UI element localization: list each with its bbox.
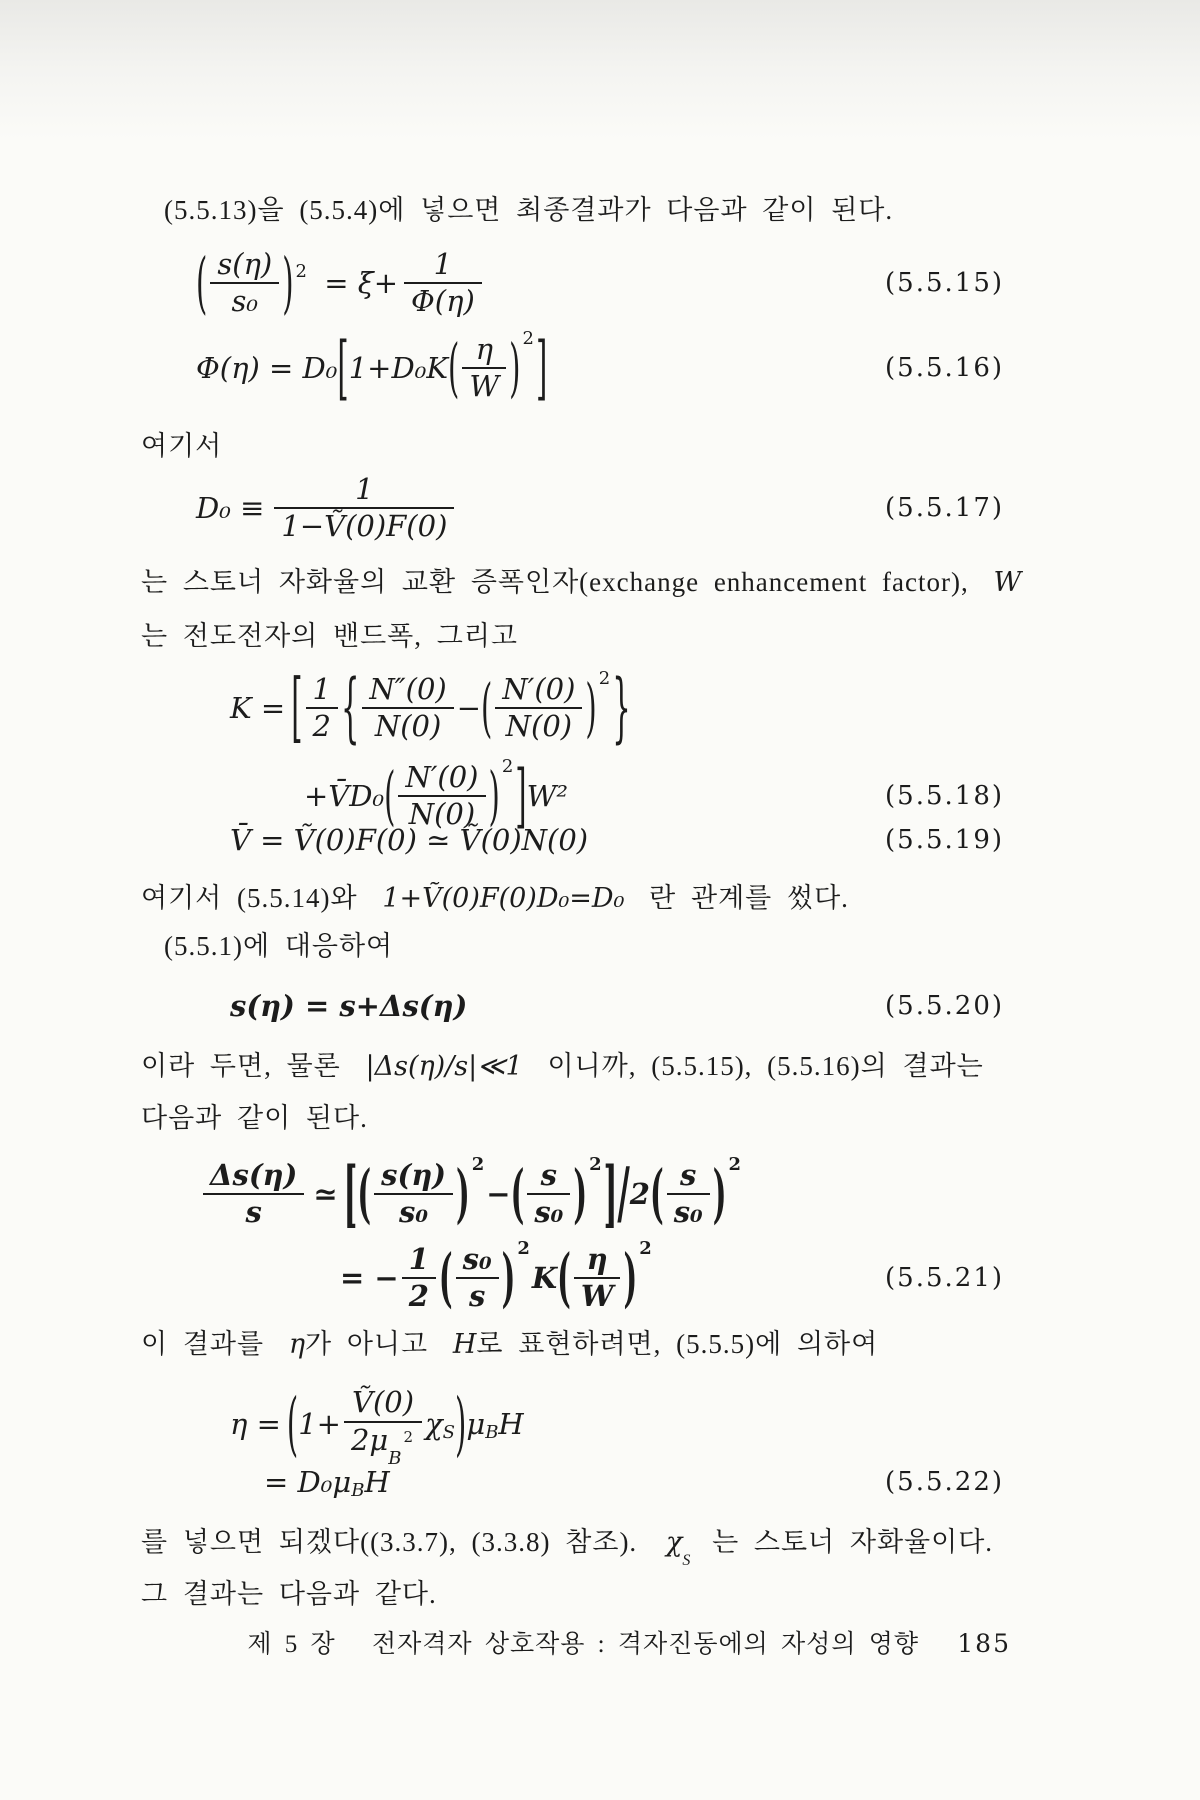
fraction-denominator: Φ(η) bbox=[404, 282, 482, 319]
subscript-B: B bbox=[351, 1480, 364, 1501]
equation-number: (5.5.21) bbox=[885, 1263, 1010, 1293]
fraction-denominator: s₀ bbox=[527, 1193, 570, 1230]
fraction-numerator: 1 bbox=[404, 247, 482, 282]
math-fraction: s₀ s bbox=[456, 1242, 499, 1315]
right-paren: ) bbox=[456, 1162, 470, 1226]
math-fraction: Ṽ(0) 2μB2 bbox=[344, 1385, 422, 1463]
math-fraction: 1 2 bbox=[402, 1242, 436, 1315]
math-run: 1+ bbox=[298, 1407, 341, 1441]
math-fraction: η W bbox=[462, 332, 506, 405]
fraction-numerator: 1 bbox=[274, 472, 454, 507]
math-run: W² bbox=[527, 779, 568, 813]
math-run: 2 bbox=[630, 1177, 650, 1211]
fraction-numerator: s bbox=[527, 1158, 570, 1193]
text-segment: 는 스토너 자화율의 교환 증폭인자(exchange enhancement … bbox=[141, 567, 969, 597]
scanned-book-page: (5.5.13)을 (5.5.4)에 넣으면 최종결과가 다음과 같이 된다. … bbox=[0, 0, 1200, 1800]
equation-number: (5.5.16) bbox=[885, 353, 1010, 383]
right-paren: ) bbox=[509, 336, 520, 400]
left-paren: ( bbox=[511, 1162, 525, 1226]
equation-number: (5.5.17) bbox=[885, 493, 1010, 523]
equation-number: (5.5.18) bbox=[885, 781, 1010, 811]
left-bracket: [ bbox=[337, 333, 348, 403]
exponent: 2 bbox=[599, 668, 610, 689]
paragraph-stoner-line2: 는 전도전자의 밴드폭, 그리고 bbox=[141, 622, 518, 650]
fraction-numerator: N″(0) bbox=[362, 672, 453, 707]
fraction-numerator: s₀ bbox=[456, 1242, 499, 1277]
fraction-denominator: s₀ bbox=[667, 1193, 710, 1230]
math-fraction: 1 1−Ṽ(0)F(0) bbox=[274, 472, 454, 545]
math-mu: μ bbox=[466, 1407, 485, 1441]
left-paren: ( bbox=[448, 336, 459, 400]
fraction-denominator: s₀ bbox=[210, 282, 279, 319]
subscript-B: B bbox=[485, 1422, 498, 1443]
exponent: 2 bbox=[296, 261, 307, 282]
left-paren: ( bbox=[481, 676, 492, 740]
fraction-numerator: η bbox=[462, 332, 506, 367]
paragraph-closing-line2: 그 결과는 다음과 같다. bbox=[141, 1580, 437, 1608]
fraction-denominator: N(0) bbox=[362, 707, 453, 744]
fraction-denominator: 1−Ṽ(0)F(0) bbox=[274, 507, 454, 544]
right-paren: ) bbox=[573, 1162, 587, 1226]
math-run: = ξ+ bbox=[315, 266, 398, 300]
equation-5-5-16: Φ(η) = D₀ [ 1+D₀K ( η W ) 2 ] (5.5.16) bbox=[196, 330, 1010, 406]
math-symbol-eta: η bbox=[289, 1329, 305, 1360]
math-run: K = bbox=[230, 691, 285, 725]
paragraph-here: 여기서 bbox=[141, 432, 222, 460]
exponent: 2 bbox=[404, 1429, 414, 1445]
exponent: 2 bbox=[589, 1154, 602, 1175]
left-bracket: [ bbox=[344, 1158, 358, 1231]
exponent: 2 bbox=[517, 1238, 530, 1259]
math-run: 1+D₀K bbox=[349, 351, 448, 385]
text-segment: 여기서 (5.5.14)와 bbox=[141, 883, 358, 913]
fraction-denominator: 2 bbox=[306, 707, 338, 744]
math-chi: χ bbox=[425, 1407, 443, 1441]
math-run: η = bbox=[230, 1407, 281, 1441]
left-paren: ( bbox=[357, 1162, 371, 1226]
math-fraction: s(η) s₀ bbox=[374, 1158, 453, 1231]
page-footer: 제 5 장 전자격자 상호작용 : 격자진동에의 자성의 영향 185 bbox=[141, 1624, 1011, 1660]
text-segment: 가 아니고 bbox=[305, 1329, 428, 1359]
fraction-numerator: 1 bbox=[306, 672, 338, 707]
fraction-numerator: N′(0) bbox=[495, 672, 582, 707]
fraction-denominator: s₀ bbox=[374, 1193, 453, 1230]
text-segment: 를 넣으면 되겠다((3.3.7), (3.3.8) 참조). bbox=[141, 1527, 637, 1557]
footer-title: 전자격자 상호작용 : 격자진동에의 자성의 영향 bbox=[372, 1631, 919, 1658]
fraction-numerator: s bbox=[667, 1158, 710, 1193]
equation-5-5-19: V̄ = Ṽ(0)F(0) ≃ Ṽ(0)N(0) (5.5.19) bbox=[230, 820, 1010, 860]
equation-5-5-18-line1: K = [ 1 2 { N″(0) N(0) − ( N′(0) N(0) ) … bbox=[230, 662, 1010, 754]
left-paren: ( bbox=[384, 764, 395, 828]
equation-5-5-17: D₀ ≡ 1 1−Ṽ(0)F(0) (5.5.17) bbox=[196, 468, 1010, 548]
right-bracket: ] bbox=[536, 333, 547, 403]
right-paren: ) bbox=[502, 1246, 516, 1310]
big-slash: / bbox=[617, 1160, 629, 1228]
math-run: V̄ = Ṽ(0)F(0) ≃ Ṽ(0)N(0) bbox=[230, 823, 588, 857]
math-fraction: 1 2 bbox=[306, 672, 338, 745]
right-paren: ) bbox=[623, 1246, 637, 1310]
paragraph-condition-line1: 이라 두면, 물론 |Δs(η)/s|≪1 이니까, (5.5.15), (5.… bbox=[141, 1052, 984, 1081]
math-fraction: η W bbox=[574, 1242, 621, 1315]
paragraph-relation: 여기서 (5.5.14)와 1+Ṽ(0)F(0)D₀=D₀ 란 관계를 썼다. bbox=[141, 884, 849, 913]
fraction-numerator: 1 bbox=[402, 1242, 436, 1277]
minus-sign: − bbox=[486, 1177, 510, 1211]
left-paren: ( bbox=[196, 250, 207, 317]
equation-5-5-21-line1: Δs(η) s ≃ [ ( s(η) s₀ ) 2 − ( s s₀ ) 2 ]… bbox=[200, 1152, 1010, 1236]
math-fraction: N″(0) N(0) bbox=[362, 672, 453, 745]
equation-5-5-22-line2: = D₀μBH (5.5.22) bbox=[230, 1464, 1010, 1500]
paragraph-correspond: (5.5.1)에 대응하여 bbox=[164, 932, 393, 960]
equation-number: (5.5.19) bbox=[885, 825, 1010, 855]
math-fraction: s(η) s₀ bbox=[210, 247, 279, 320]
exponent: 2 bbox=[472, 1154, 485, 1175]
fraction-denominator: s bbox=[203, 1193, 304, 1230]
fraction-denominator: N(0) bbox=[495, 707, 582, 744]
paragraph-express-H: 이 결과를 η가 아니고 H로 표현하려면, (5.5.5)에 의하여 bbox=[141, 1330, 878, 1359]
left-brace: { bbox=[341, 670, 359, 745]
right-paren: ) bbox=[713, 1162, 727, 1226]
exponent: 2 bbox=[728, 1154, 741, 1175]
footer-chapter: 제 5 장 bbox=[247, 1631, 335, 1658]
equation-5-5-15: ( s(η) s₀ ) 2 = ξ+ 1 Φ(η) (5.5.15) bbox=[196, 233, 1010, 333]
fraction-denominator: W bbox=[574, 1277, 621, 1314]
text-segment: 란 관계를 썼다. bbox=[649, 883, 849, 913]
right-paren: ) bbox=[282, 250, 293, 317]
exponent: 2 bbox=[522, 328, 533, 349]
inline-math: |Δs(η)/s|≪1 bbox=[366, 1051, 523, 1082]
equation-5-5-21-line2: = − 1 2 ( s₀ s ) 2 K ( η W ) 2 (5.5.21) bbox=[200, 1236, 1010, 1320]
equation-5-5-22-line1: η = ( 1+ Ṽ(0) 2μB2 χS ) μBH bbox=[230, 1384, 1010, 1464]
exponent: 2 bbox=[502, 756, 513, 777]
math-H: H bbox=[498, 1407, 523, 1441]
math-fraction: s s₀ bbox=[527, 1158, 570, 1231]
paragraph-closing-line1: 를 넣으면 되겠다((3.3.7), (3.3.8) 참조). χS 는 스토너… bbox=[141, 1528, 993, 1562]
fraction-numerator: Δs(η) bbox=[203, 1158, 304, 1193]
math-run: = − bbox=[340, 1261, 399, 1295]
math-run: = D₀μ bbox=[264, 1465, 351, 1499]
scan-top-shadow bbox=[0, 0, 1200, 140]
math-fraction: Δs(η) s bbox=[203, 1158, 304, 1231]
right-brace: } bbox=[612, 670, 630, 745]
fraction-denominator: 2 bbox=[402, 1277, 436, 1314]
den-run: 2μ bbox=[351, 1423, 388, 1457]
paragraph-intro: (5.5.13)을 (5.5.4)에 넣으면 최종결과가 다음과 같이 된다. bbox=[164, 196, 893, 224]
text-segment: 는 스토너 자화율이다. bbox=[712, 1527, 993, 1557]
text-segment: 이니까, (5.5.15), (5.5.16)의 결과는 bbox=[547, 1051, 983, 1081]
paragraph-stoner-line1: 는 스토너 자화율의 교환 증폭인자(exchange enhancement … bbox=[141, 568, 1021, 597]
approx-sign: ≃ bbox=[313, 1177, 337, 1211]
math-fraction: N′(0) N(0) bbox=[495, 672, 582, 745]
subscript-S: S bbox=[682, 1552, 691, 1569]
text-segment: 이 결과를 bbox=[141, 1329, 264, 1359]
right-paren: ) bbox=[585, 676, 596, 740]
left-paren: ( bbox=[650, 1162, 664, 1226]
math-symbol-W: W bbox=[993, 567, 1021, 598]
right-paren: ) bbox=[455, 1389, 466, 1459]
fraction-denominator: s bbox=[456, 1277, 499, 1314]
right-bracket: ] bbox=[604, 1158, 618, 1231]
math-chi: χ bbox=[666, 1527, 682, 1558]
math-fraction: 1 Φ(η) bbox=[404, 247, 482, 320]
page-number: 185 bbox=[957, 1629, 1011, 1658]
fraction-denominator: W bbox=[462, 367, 506, 404]
fraction-numerator: s(η) bbox=[210, 247, 279, 282]
math-fraction: s s₀ bbox=[667, 1158, 710, 1231]
text-segment: 이라 두면, 물론 bbox=[141, 1051, 341, 1081]
subscript-S: S bbox=[443, 1422, 455, 1443]
fraction-numerator: s(η) bbox=[374, 1158, 453, 1193]
equation-number: (5.5.20) bbox=[885, 991, 1010, 1021]
right-paren: ) bbox=[489, 764, 500, 828]
math-run: D₀ ≡ bbox=[196, 491, 264, 525]
exponent: 2 bbox=[639, 1238, 652, 1259]
equation-number: (5.5.22) bbox=[885, 1467, 1010, 1497]
math-run: s(η) = s+Δs(η) bbox=[230, 989, 467, 1023]
fraction-numerator: N′(0) bbox=[398, 760, 485, 795]
left-paren: ( bbox=[557, 1246, 571, 1310]
math-run: +V̄D₀ bbox=[304, 779, 384, 813]
equation-number: (5.5.15) bbox=[885, 268, 1010, 298]
fraction-numerator: η bbox=[574, 1242, 621, 1277]
left-paren: ( bbox=[287, 1389, 298, 1459]
fraction-numerator: Ṽ(0) bbox=[344, 1385, 422, 1420]
left-bracket: [ bbox=[291, 670, 302, 745]
math-H: H bbox=[364, 1465, 389, 1499]
fraction-denominator: 2μB2 bbox=[344, 1421, 422, 1463]
minus-sign: − bbox=[457, 691, 481, 725]
paragraph-condition-line2: 다음과 같이 된다. bbox=[141, 1104, 368, 1132]
text-segment: 로 표현하려면, (5.5.5)에 의하여 bbox=[476, 1329, 878, 1359]
equation-5-5-20: s(η) = s+Δs(η) (5.5.20) bbox=[230, 988, 1010, 1024]
inline-math: 1+Ṽ(0)F(0)D₀=D₀ bbox=[382, 883, 624, 914]
math-run: Φ(η) = D₀ bbox=[196, 351, 337, 385]
left-paren: ( bbox=[439, 1246, 453, 1310]
math-run: K bbox=[532, 1261, 557, 1295]
math-symbol-H: H bbox=[453, 1329, 477, 1360]
